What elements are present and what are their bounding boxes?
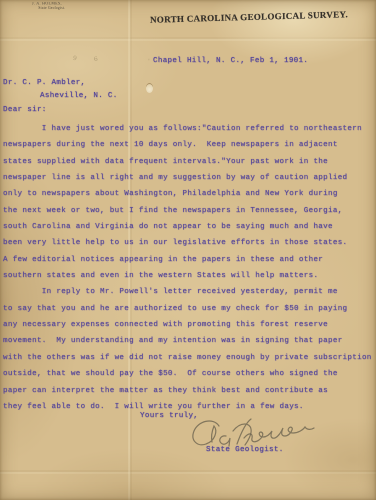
body-line: In reply to Mr. Powell's letter received… <box>3 284 375 300</box>
letterhead-officer-block: J. A. HOLMES, State Geologist. <box>32 2 65 10</box>
body-line: any necessary expenses connected with pr… <box>3 317 375 333</box>
pencil-mark-3: ' <box>148 58 150 65</box>
body-line: south Carolina and Virginia do not appea… <box>3 219 375 235</box>
body-line: with the others was if we did not raise … <box>3 350 375 366</box>
signature-title: State Geologist. <box>206 446 284 454</box>
body-line: states supplied with data frequent inter… <box>3 154 375 170</box>
body-line: A few editorial notices appearing in the… <box>3 252 375 268</box>
body-line: only to newspapers about Washington, Phi… <box>3 186 375 202</box>
body-line: I have just wored you as follows:"Cautio… <box>3 121 375 137</box>
paper-chip-spot <box>146 84 153 93</box>
body-line: paper can interpret the matter as they t… <box>3 383 375 399</box>
body-line: southern states and even in the western … <box>3 268 375 284</box>
recipient-city: Asheville, N. C. <box>40 92 118 100</box>
body-line: the next week or two, but I find the new… <box>3 203 375 219</box>
dateline: Chapel Hill, N. C., Feb 1, 1901. <box>153 57 308 65</box>
body-line: newspaper line is all right and my sugge… <box>3 170 375 186</box>
letterhead-officer-title: State Geologist. <box>32 6 65 10</box>
body-line: outside, that we should pay the $50. Of … <box>3 366 375 382</box>
body-line: newspapers during the next 10 days only.… <box>3 137 375 153</box>
pencil-mark-2: 6 <box>93 56 98 64</box>
recipient-name: Dr. C. P. Ambler, <box>3 79 85 87</box>
body-line: to say that you and he are authorized to… <box>3 301 375 317</box>
letterhead-org-title: NORTH CAROLINA GEOLOGICAL SURVEY. <box>138 9 360 25</box>
letter-page: J. A. HOLMES, State Geologist. NORTH CAR… <box>0 0 376 500</box>
body-line: been very little help to us in our legis… <box>3 235 375 251</box>
salutation: Dear sir: <box>3 106 47 114</box>
body-line: movement. My understanding and my intent… <box>3 333 375 349</box>
letter-body: I have just wored you as follows:"Cautio… <box>3 121 375 415</box>
pencil-mark-1: 9 <box>73 55 78 62</box>
